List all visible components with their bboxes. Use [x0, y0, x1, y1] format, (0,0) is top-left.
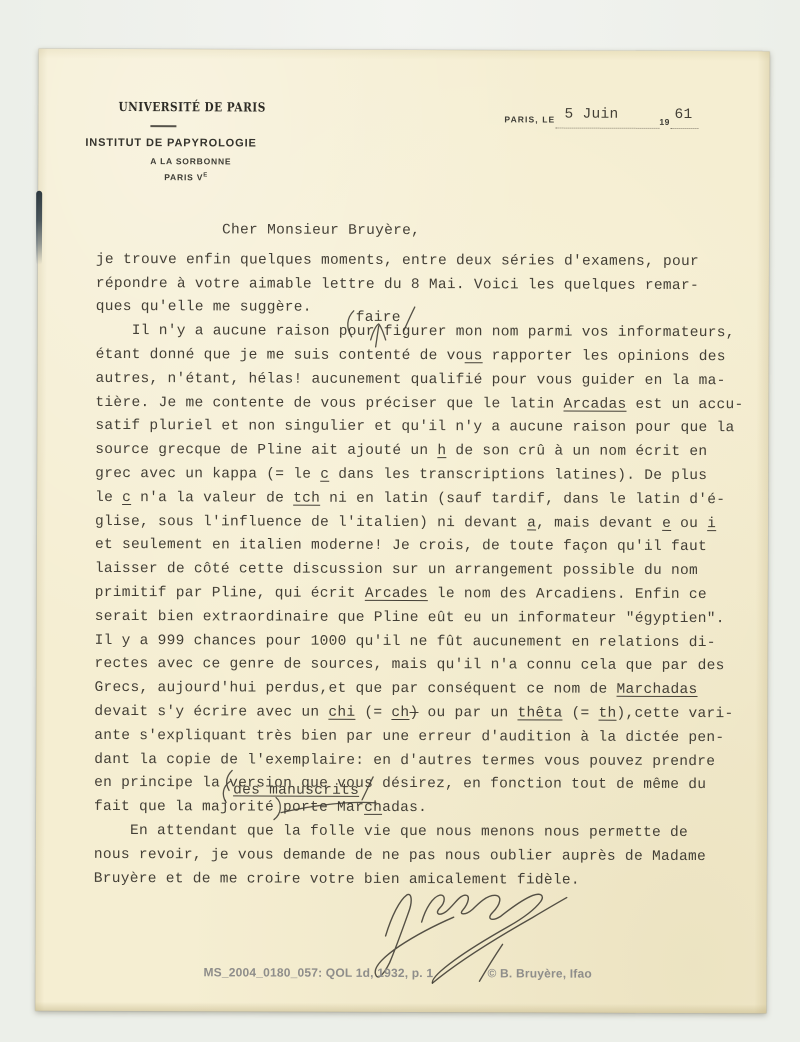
- letter-text-segment: En attendant que la folle vie que nous m…: [94, 823, 688, 841]
- letter-line: en principe la version que vous désirez,…: [94, 772, 754, 798]
- letterhead-city: PARIS VE: [164, 172, 208, 182]
- letter-text-segment: rectes avec ce genre de sources, mais qu…: [95, 656, 725, 674]
- typed-insertion-des-manuscrits: des manuscrits: [233, 782, 359, 798]
- letter-text-segment: le nom des Arcadiens. Enfin ce: [428, 586, 707, 603]
- letter-text-segment: tch: [293, 490, 320, 506]
- salutation: Cher Monsieur Bruyère,: [96, 219, 756, 245]
- letterhead-address: A LA SORBONNE: [150, 156, 231, 166]
- letter-paper: UNIVERSITÉ DE PARIS INSTITUT DE PAPYROLO…: [35, 49, 769, 1014]
- letter-text-segment: a: [527, 515, 536, 531]
- letter-text-segment: ou par un: [418, 705, 517, 721]
- archive-reference: MS_2004_0180_057: QOL 1d, 1932, p. 1: [203, 965, 433, 980]
- letter-line: grec avec un kappa (= le c dans les tran…: [95, 463, 755, 489]
- letter-text-segment: , mais devant: [536, 515, 662, 531]
- letterhead-university: UNIVERSITÉ DE PARIS: [118, 99, 265, 115]
- letter-text-segment: h: [437, 443, 446, 459]
- letter-text-segment: chi: [328, 705, 355, 721]
- letter-text-segment: th: [598, 706, 616, 722]
- letter-line: laisser de côté cette discussion sur un …: [95, 558, 755, 584]
- dateline-day-month: 5 Juin: [564, 107, 618, 123]
- letter-text-segment: en principe la version que vous désirez,…: [94, 775, 706, 793]
- letter-line: étant donné que je me suis contenté de v…: [96, 344, 756, 370]
- letter-text-segment: laisser de côté cette discussion sur un …: [95, 561, 698, 579]
- letter-text-segment: grec avec un kappa (= le: [95, 466, 320, 483]
- letter-text-segment: thêta: [517, 705, 562, 721]
- letter-line: le c n'a la valeur de tch ni en latin (s…: [95, 487, 755, 513]
- letter-line: Il y a 999 chances pour 1000 qu'il ne fû…: [95, 629, 755, 655]
- typed-insertion-faire: faire: [356, 310, 401, 326]
- letter-text-segment: (=: [355, 705, 391, 721]
- letter-text-segment: devait s'y écrire avec un: [94, 704, 328, 721]
- letter-text-segment: est un accu-: [627, 396, 744, 412]
- letterhead-city-superscript: E: [203, 172, 208, 178]
- letter-line: ques qu'elle me suggère.: [96, 296, 756, 322]
- letter-text-segment: étant donné que je me suis contenté de v…: [96, 347, 465, 364]
- letter-line: rectes avec ce genre de sources, mais qu…: [94, 653, 754, 679]
- letter-line: fait que la majorité porte Marchadas.: [94, 796, 754, 822]
- letter-body: Cher Monsieur Bruyère, je trouve enfin q…: [94, 219, 756, 894]
- letter-text-segment: (=: [562, 705, 598, 721]
- letter-text-segment: ante s'expliquant très bien par une erre…: [94, 728, 724, 746]
- letter-text-segment: Il y a 999 chances pour 1000 qu'il ne fû…: [95, 632, 716, 650]
- letter-line: répondre à votre aimable lettre du 8 Mai…: [96, 273, 756, 299]
- scanned-letter-page: { "scan": { "background_color": "#eef0ec…: [0, 0, 800, 1042]
- letter-text-segment: ou: [671, 516, 707, 532]
- dateline-printed-prefix: PARIS, LE: [504, 114, 555, 124]
- dateline: PARIS, LE 5 Juin 19 61: [504, 106, 714, 137]
- dateline-rule: [555, 128, 659, 129]
- letter-line: primitif par Pline, qui écrit Arcades le…: [95, 582, 755, 608]
- letter-text-segment: i: [707, 516, 716, 532]
- letter-line: Bruyère et de me croire votre bien amica…: [94, 867, 754, 893]
- dateline-printed-year-prefix: 19: [659, 117, 670, 127]
- copyright-credit: © B. Bruyère, Ifao: [487, 966, 592, 980]
- letter-text-segment: fait que la majorité porte Mar: [94, 799, 364, 816]
- letter-text-segment: ),cette vari-: [617, 706, 734, 722]
- letter-line: devait s'y écrire avec un chi (= ch) ou …: [94, 701, 754, 727]
- letter-text-segment: source grecque de Pline ait ajouté un: [95, 442, 437, 459]
- letter-line: serait bien extraordinaire que Pline eût…: [95, 606, 755, 632]
- letter-text-segment: Grecs, aujourd'hui perdus,et que par con…: [94, 680, 616, 698]
- letter-text-segment: Marchadas: [617, 682, 698, 698]
- letter-line: ante s'expliquant très bien par une erre…: [94, 725, 754, 751]
- letter-text-segment: Il n'y a aucune raison pour figurer mon …: [96, 323, 735, 341]
- letter-text-segment: tière. Je me contente de vous préciser q…: [95, 395, 563, 413]
- scan-edge-mark: [36, 191, 42, 265]
- letter-text-segment: ): [409, 705, 418, 721]
- letter-line: Grecs, aujourd'hui perdus,et que par con…: [94, 677, 754, 703]
- letter-line: satif pluriel et non singulier et qu'il …: [95, 415, 755, 441]
- letter-text-segment: autres, n'étant, hélas! aucunement quali…: [96, 371, 726, 389]
- letter-text-segment: n'a la valeur de: [131, 490, 293, 507]
- letter-text-segment: c: [122, 490, 131, 506]
- signature-stroke-1: [375, 894, 454, 977]
- letter-text-segment: ch: [364, 800, 382, 816]
- dateline-year: 61: [674, 107, 692, 123]
- letterhead-city-text: PARIS V: [164, 172, 203, 182]
- letter-line: autres, n'étant, hélas! aucunement quali…: [95, 368, 755, 394]
- letter-text-segment: c: [320, 467, 329, 483]
- letter-text-segment: serait bien extraordinaire que Pline eût…: [95, 609, 725, 627]
- dateline-year-rule: [670, 128, 698, 129]
- letter-text-segment: satif pluriel et non singulier et qu'il …: [95, 418, 734, 436]
- letter-line: source grecque de Pline ait ajouté un h …: [95, 439, 755, 465]
- letter-line: glise, sous l'influence de l'italien) ni…: [95, 510, 755, 536]
- letter-text-segment: dant la copie de l'exemplaire: en d'autr…: [94, 751, 715, 769]
- letter-line: Il n'y a aucune raison pour figurer mon …: [96, 320, 756, 346]
- letter-line: dant la copie de l'exemplaire: en d'autr…: [94, 748, 754, 774]
- letter-text-segment: nous revoir, je vous demande de ne pas n…: [94, 847, 706, 865]
- letterhead-rule: [150, 125, 176, 127]
- letter-text-segment: us: [465, 348, 483, 364]
- letter-text-segment: le: [95, 490, 122, 506]
- letter-text-segment: de son crû à un nom écrit en: [446, 443, 707, 460]
- letter-text-segment: ques qu'elle me suggère.: [96, 299, 312, 316]
- letter-text-segment: Bruyère et de me croire votre bien amica…: [94, 870, 580, 888]
- letter-text-segment: primitif par Pline, qui écrit: [95, 585, 365, 602]
- letter-line: En attendant que la folle vie que nous m…: [94, 820, 754, 846]
- letter-text-segment: ch: [391, 705, 409, 721]
- letterhead-institute: INSTITUT DE PAPYROLOGIE: [85, 137, 256, 150]
- letter-text-segment: e: [662, 515, 671, 531]
- letter-text-segment: répondre à votre aimable lettre du 8 Mai…: [96, 276, 699, 294]
- letter-line: nous revoir, je vous demande de ne pas n…: [94, 844, 754, 870]
- letter-text-segment: adas.: [382, 800, 427, 816]
- letter-text-segment: glise, sous l'influence de l'italien) ni…: [95, 513, 527, 531]
- letter-text-segment: Arcades: [365, 586, 428, 602]
- letter-line: je trouve enfin quelques moments, entre …: [96, 249, 756, 275]
- letter-text-segment: ni en latin (sauf tardif, dans le latin …: [320, 490, 725, 507]
- letter-text-segment: rapporter les opinions des: [483, 348, 726, 365]
- letter-line: et seulement en italien moderne! Je croi…: [95, 534, 755, 560]
- letter-line: tière. Je me contente de vous préciser q…: [95, 392, 755, 418]
- letter-lines: je trouve enfin quelques moments, entre …: [94, 249, 756, 894]
- letter-text-segment: dans les transcriptions latines). De plu…: [329, 467, 707, 484]
- letter-text-segment: je trouve enfin quelques moments, entre …: [96, 252, 699, 270]
- letter-text-segment: Arcadas: [563, 396, 626, 412]
- letter-text-segment: et seulement en italien moderne! Je croi…: [95, 537, 707, 555]
